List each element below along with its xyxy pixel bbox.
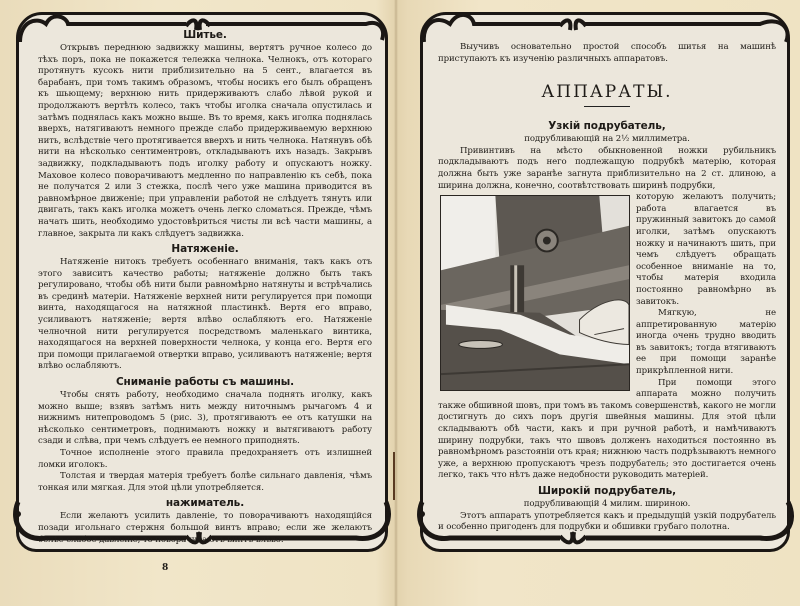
left-page: Шитье. Открывъ переднюю задвижку машины,…	[16, 12, 388, 552]
paragraph: Натяженіе нитокъ требуетъ особеннаго вни…	[38, 257, 372, 373]
binding-thread	[393, 452, 395, 500]
paragraph: Этотъ аппаратъ употребляется какъ и пред…	[438, 511, 776, 534]
chapter-title: АППАРАТЫ.	[438, 81, 776, 103]
paragraph: Чтобы снять работу, необходимо сначала п…	[38, 390, 372, 448]
book-spread: Шитье. Открывъ переднюю задвижку машины,…	[0, 0, 800, 606]
figure-block: которую желаютъ получить; работа влагает…	[438, 192, 776, 482]
paragraph: Привинтивъ на мѣсто обыкновенной ножки р…	[438, 146, 776, 192]
paragraph: Открывъ переднюю задвижку машины, вертят…	[38, 43, 372, 240]
intro-paragraph: Выучивъ основательно простой способъ шит…	[438, 42, 776, 65]
section-heading-removing-work: Сниманіе работы съ машины.	[38, 375, 372, 389]
section-subheading: подрубливающій 4 милим. шириною.	[438, 499, 776, 511]
section-heading-tension: Натяженіе.	[38, 242, 372, 256]
paragraph: Точное исполненіе этого правила предохра…	[38, 448, 372, 471]
section-subheading: подрубливающій на 2½ миллиметра.	[438, 134, 776, 146]
left-page-body: Шитье. Открывъ переднюю задвижку машины,…	[38, 26, 372, 534]
paragraph: Если желаютъ усилить давленіе, то повора…	[38, 511, 372, 546]
page-number: 8	[162, 563, 168, 573]
title-rule	[584, 106, 630, 107]
paragraph: Толстая и твердая матерія требуетъ болѣе…	[38, 471, 372, 494]
section-heading-sewing: Шитье.	[38, 28, 372, 42]
section-heading-presser: нажиматель.	[38, 496, 372, 510]
paragraph: При помощи этого аппарата можно получить…	[438, 378, 776, 482]
book-gutter	[394, 0, 398, 606]
right-page: Выучивъ основательно простой способъ шит…	[420, 12, 790, 552]
sewing-machine-hemmer-illustration-icon	[440, 195, 630, 391]
section-heading-narrow-hemmer: Узкій подрубатель,	[438, 119, 776, 133]
section-heading-wide-hemmer: Широкій подрубатель,	[438, 484, 776, 498]
right-page-body: Выучивъ основательно простой способъ шит…	[438, 42, 776, 534]
